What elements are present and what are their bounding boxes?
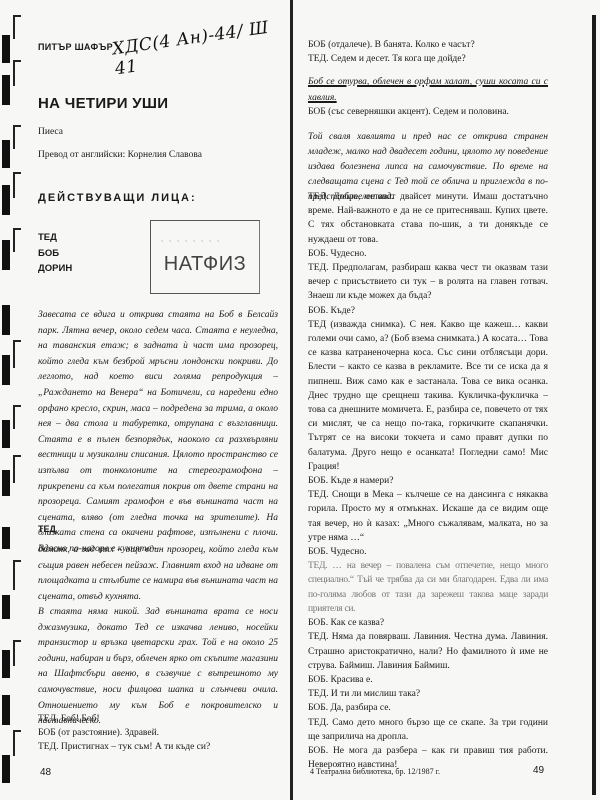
stamp-signature: · · · · · · · ·	[161, 237, 221, 246]
dialogue-line: БОБ. Красива е.	[308, 673, 548, 687]
cast-member: БОБ	[38, 246, 72, 262]
dialogue-line: ТЕД. Пристигнах – тук съм! А ти къде си?	[38, 740, 278, 754]
cast-list: ТЕД БОБ ДОРИН	[38, 230, 72, 277]
genre-label: Пиеса	[38, 127, 63, 137]
page-number: 49	[533, 765, 544, 776]
dialogue-line: БОБ (отдалече). В банята. Колко е часът?	[308, 38, 548, 52]
running-speaker-label: ТЕД	[38, 524, 56, 534]
dialogue-line: БОБ (със северняшки акцент). Седем и пол…	[308, 105, 548, 119]
play-title: НА ЧЕТИРИ УШИ	[38, 95, 168, 112]
page-edge	[592, 15, 596, 795]
dialogue-line: ТЕД. Седем и десет. Тя кога ще дойде?	[308, 52, 548, 66]
dialogue-line: ТЕД. И ти ли мислиш така?	[308, 687, 548, 701]
cast-member: ТЕД	[38, 230, 72, 246]
dialogue-line: БОБ. Къде я намери?	[308, 474, 548, 488]
dialogue-line: БОБ. Чудесно.	[308, 545, 548, 559]
dialogue-block: ТЕД. Добре, остават двайсет минути. Имаш…	[308, 190, 548, 772]
stage-direction: Боб се отурва, облечен в орфам халат, су…	[308, 75, 548, 106]
dialogue-block: ТЕД. Боб! Боб! БОБ (от разстояние). Здра…	[38, 712, 278, 755]
dialogue-line: БОБ. Как се казва?	[308, 616, 548, 630]
author-name: ПИТЪР ШАФЪР	[38, 42, 113, 52]
dialogue-line: БОБ (от разстояние). Здравей.	[38, 726, 278, 740]
dialogue-line: БОБ. Къде?	[308, 304, 548, 318]
stage-direction: диманк, а зад тях – още един прозорец, к…	[38, 543, 278, 605]
dialogue-block: БОБ (отдалече). В банята. Колко е часът?…	[308, 38, 548, 66]
footnote: 4 Театрална библиотека, бр. 12/1987 г.	[310, 767, 440, 776]
dialogue-line: ТЕД. … на вечер – повалена съм отпечетие…	[308, 559, 548, 616]
dialogue-line: ТЕД. Снощи в Мека – кълчеше се на дансин…	[308, 488, 548, 545]
page-number: 48	[40, 767, 51, 778]
handwritten-catalog-mark: ХДС(4 Ан)-44/ Ш 41	[111, 17, 280, 80]
left-page: ПИТЪР ШАФЪР ХДС(4 Ан)-44/ Ш 41 НА ЧЕТИРИ…	[38, 0, 278, 800]
dialogue-line: ТЕД. Боб! Боб!	[38, 712, 278, 726]
dialogue-line: ТЕД. Предполагам, разбираш каква чест ти…	[308, 261, 548, 304]
binder-margin-marks	[0, 0, 22, 800]
right-page: БОБ (отдалече). В банята. Колко е часът?…	[308, 0, 548, 800]
dialogue-line: БОБ. Да, разбира се.	[308, 701, 548, 715]
dialogue-line: ТЕД (изважда снимка). С нея. Какво ще ка…	[308, 318, 548, 474]
dialogue-line: ТЕД. Само дето много бързо ще се скапе. …	[308, 716, 548, 744]
stamp-label: НАТФИЗ	[151, 253, 259, 276]
library-stamp: · · · · · · · · НАТФИЗ	[150, 220, 260, 294]
translator-credit: Превод от английски: Корнелия Славова	[38, 150, 202, 160]
cast-heading: ДЕЙСТВУВАЩИ ЛИЦА:	[38, 192, 197, 204]
dialogue-block: БОБ (със северняшки акцент). Седем и пол…	[308, 105, 548, 119]
dialogue-line: ТЕД. Добре, остават двайсет минути. Имаш…	[308, 190, 548, 247]
dialogue-line: ТЕД. Няма да повярваш. Лавиния. Честна д…	[308, 630, 548, 673]
page-gutter	[290, 0, 293, 800]
book-spread-scan: ПИТЪР ШАФЪР ХДС(4 Ан)-44/ Ш 41 НА ЧЕТИРИ…	[0, 0, 600, 800]
dialogue-line: БОБ. Чудесно.	[308, 247, 548, 261]
cast-member: ДОРИН	[38, 261, 72, 277]
stage-direction: Завесата се вдига и открива стаята на Бо…	[38, 308, 278, 558]
